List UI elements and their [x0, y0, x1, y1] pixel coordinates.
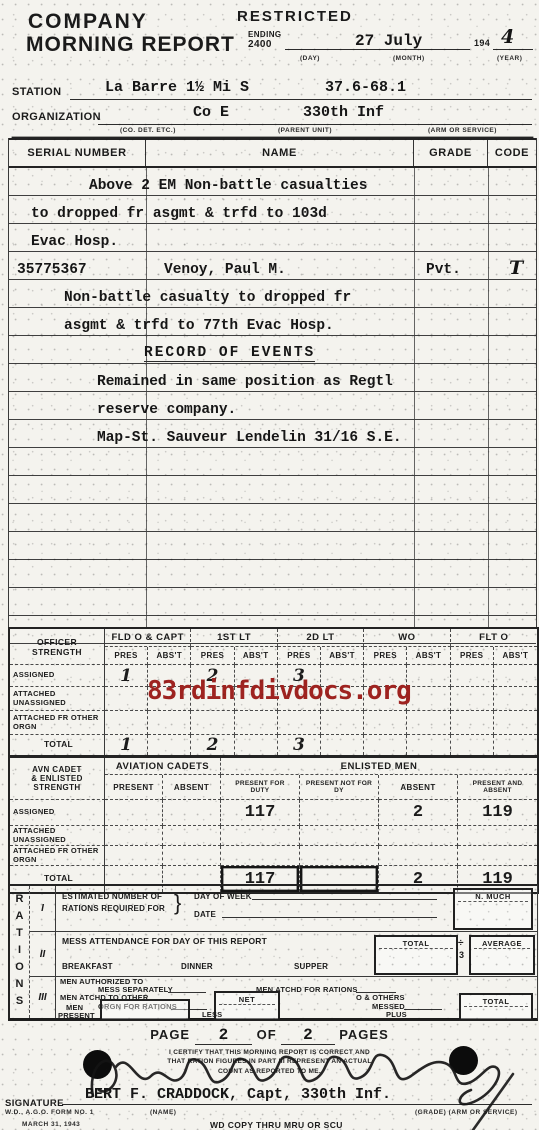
- box-label: AVERAGE: [474, 937, 530, 949]
- row-label-total: TOTAL: [10, 735, 105, 755]
- roster-remark: Evac Hosp.: [31, 234, 118, 250]
- roster-remark: Above 2 EM Non-battle casualties: [89, 178, 367, 194]
- entry-serial-number: 35775367: [17, 262, 87, 278]
- blank: [404, 1002, 442, 1010]
- officer-cell: [407, 687, 450, 711]
- subheader-absent-em: ABSENT: [379, 775, 458, 800]
- enlisted-cell: [163, 826, 221, 846]
- blank-row: [9, 476, 536, 504]
- roster-line: asgmt & trfd to 77th Evac Hosp.: [9, 308, 536, 336]
- corner-label: AVN CADET: [32, 765, 82, 774]
- rations-rail-label: RATIONS: [10, 886, 30, 1018]
- record-of-events-title: RECORD OF EVENTS: [144, 345, 315, 362]
- date-underline: 27 July: [285, 28, 470, 50]
- row-label-attached-fr-other: ATTACHED FR OTHER ORGN: [10, 846, 105, 866]
- net-box: NET: [214, 991, 280, 1021]
- form-title-line1: COMPANY: [28, 10, 148, 34]
- officer-cell: [148, 735, 191, 755]
- officer-cell: [235, 735, 278, 755]
- box-label: N. MUCH: [458, 890, 528, 902]
- section-numeral-3: III: [30, 977, 56, 1018]
- enlisted-cell: [458, 846, 537, 866]
- org-sublabel-arm: (ARM OR SERVICE): [428, 127, 497, 134]
- station-label: STATION: [12, 86, 61, 98]
- rations-section-3: MEN AUTHORIZED TO MESS SEPARATELY MEN AT…: [56, 977, 537, 1018]
- handwritten-signature: [85, 1038, 515, 1113]
- officer-cell: [494, 687, 537, 711]
- subheader-pres: PRES: [105, 647, 148, 665]
- corner-label: STRENGTH: [32, 647, 82, 657]
- year-underline: 4: [493, 26, 533, 50]
- group-header-enlisted-men: ENLISTED MEN: [221, 758, 537, 775]
- corner-label: & ENLISTED: [31, 774, 83, 783]
- ending-label: ENDING: [248, 30, 282, 39]
- blank-row: [9, 504, 536, 532]
- group-header-aviation-cadets: AVIATION CADETS: [105, 758, 221, 775]
- form-title-line2: MORNING REPORT: [26, 33, 235, 57]
- org-sublabel-co: (CO. DET. ETC.): [120, 127, 176, 134]
- form-date: MARCH 31, 1943: [22, 1121, 80, 1128]
- roster-line: to dropped fr asgmt & trfd to 103d: [9, 196, 536, 224]
- officer-cell: [105, 687, 148, 711]
- date-label: DATE: [194, 910, 216, 919]
- men-present-box: [100, 999, 190, 1021]
- blank-row: [9, 532, 536, 560]
- mess-average-box: AVERAGE: [469, 935, 535, 975]
- year-written: 4: [501, 26, 514, 48]
- morning-report-document: COMPANY MORNING REPORT RESTRICTED ENDING…: [0, 0, 539, 1130]
- website-watermark: 83rdinfdivdocs.org: [147, 676, 411, 706]
- enlisted-cell: [300, 800, 379, 826]
- box-label: TOTAL: [464, 995, 528, 1007]
- officer-cell: [407, 711, 450, 735]
- officer-table-corner: OFFICER STRENGTH: [10, 629, 105, 665]
- men-present-label-2: PRESENT: [58, 1011, 95, 1020]
- subheader-abst: ABS'T: [494, 647, 537, 665]
- officer-cell: [407, 735, 450, 755]
- record-of-events-title-row: RECORD OF EVENTS: [9, 336, 536, 364]
- corner-label: STRENGTH: [33, 783, 80, 792]
- roster-remark: asgmt & trfd to 77th Evac Hosp.: [64, 318, 334, 334]
- enlisted-cell: [105, 826, 163, 846]
- officer-cell: [148, 711, 191, 735]
- enlisted-strength-table: AVN CADET & ENLISTED STRENGTH AVIATION C…: [8, 756, 539, 894]
- organization-label: ORGANIZATION: [12, 111, 101, 123]
- station-coords: 37.6-68.1: [325, 79, 406, 96]
- officer-cell: [105, 711, 148, 735]
- divide-glyph: ÷: [458, 938, 464, 949]
- organization-company: Co E: [193, 104, 229, 121]
- enlisted-cell: [221, 846, 300, 866]
- day-sublabel: (DAY): [300, 55, 320, 62]
- organization-parent-unit: 330th Inf: [303, 104, 384, 121]
- group-header: WO: [364, 629, 450, 647]
- officer-cell: [407, 665, 450, 687]
- date-blank: [222, 910, 437, 918]
- estimated-label-2: RATIONS REQUIRED FOR: [62, 904, 165, 913]
- roster-line: Evac Hosp.: [9, 224, 536, 252]
- col-header-code: CODE: [488, 140, 536, 166]
- event-line: reserve company.: [9, 392, 536, 420]
- rations-total-box: TOTAL: [459, 993, 533, 1021]
- section-numeral-1: I: [30, 886, 56, 932]
- blank-row: [9, 588, 536, 616]
- enlisted-cell: [221, 826, 300, 846]
- officer-cell: [451, 711, 494, 735]
- subheader-present-for-duty: PRESENT FOR DUTY: [221, 775, 300, 800]
- entry-code: T: [509, 257, 523, 279]
- o-and-others-label: O & OTHERS: [356, 993, 405, 1002]
- mess-attendance-title: MESS ATTENDANCE FOR DAY OF THIS REPORT: [62, 936, 267, 946]
- roster-header-row: SERIAL NUMBER NAME GRADE CODE: [9, 138, 536, 168]
- officer-cell: [494, 665, 537, 687]
- year-prefix: 194: [474, 38, 490, 48]
- mess-total-box: TOTAL: [374, 935, 458, 975]
- event-text: reserve company.: [97, 402, 236, 418]
- org-sublabel-parent: (PARENT UNIT): [278, 127, 332, 134]
- officer-cell: [321, 711, 364, 735]
- organization-underline: Co E 330th Inf: [98, 101, 532, 125]
- subheader-absent: ABSENT: [163, 775, 221, 800]
- row-label-attached-unassigned: ATTACHED UNASSIGNED: [10, 687, 105, 711]
- enlisted-cell: [300, 826, 379, 846]
- row-label-attached-unassigned: ATTACHED UNASSIGNED: [10, 826, 105, 846]
- officer-cell: [364, 711, 407, 735]
- officer-cell: [278, 711, 321, 735]
- group-header: FLT O: [451, 629, 537, 647]
- subheader-abst: ABS'T: [148, 647, 191, 665]
- entry-name: Venoy, Paul M.: [164, 262, 286, 278]
- breakfast-label: BREAKFAST: [62, 962, 113, 971]
- group-header: 1ST LT: [191, 629, 277, 647]
- form-number: W.D., A.G.O. FORM NO. 1: [5, 1109, 94, 1116]
- officer-total-1stlt-pres: 2: [191, 735, 234, 755]
- enlisted-cell: [163, 846, 221, 866]
- officer-cell: [364, 735, 407, 755]
- station-underline: La Barre 1½ Mi S 37.6-68.1: [70, 76, 532, 100]
- dinner-label: DINNER: [181, 962, 213, 971]
- roster-remark: to dropped fr asgmt & trfd to 103d: [31, 206, 327, 222]
- station-place: La Barre 1½ Mi S: [105, 79, 249, 96]
- subheader-pres: PRES: [364, 647, 407, 665]
- enlisted-assigned-absent: 2: [379, 800, 458, 826]
- roster-remark: Non-battle casualty to dropped fr: [64, 290, 351, 306]
- estimated-label-1: ESTIMATED NUMBER OF: [62, 892, 162, 901]
- no-much-box: N. MUCH: [453, 888, 533, 930]
- blank-row: [9, 560, 536, 588]
- copy-routing-note: WD COPY THRU MRU OR SCU: [210, 1120, 343, 1130]
- date-value: 27 July: [355, 32, 422, 50]
- day-of-week-label: DAY OF WEEK: [194, 892, 252, 901]
- enlisted-cell: [105, 800, 163, 826]
- event-line: Map-St. Sauveur Lendelin 31/16 S.E.: [9, 420, 536, 448]
- group-header: FLD O & CAPT: [105, 629, 191, 647]
- subheader-present-not-for-duty: PRESENT NOT FOR DY: [300, 775, 379, 800]
- less-label: LESS: [202, 1010, 222, 1019]
- officer-cell: [321, 735, 364, 755]
- corner-label: OFFICER: [37, 637, 77, 647]
- row-label-attached-fr-other: ATTACHED FR OTHER ORGN: [10, 711, 105, 735]
- roster-rows: Above 2 EM Non-battle casualties to drop…: [9, 168, 536, 627]
- ending-value: 2400: [248, 39, 272, 50]
- brace-glyph: }: [174, 890, 182, 916]
- col-header-grade: GRADE: [414, 140, 488, 166]
- blank-row: [9, 448, 536, 476]
- roster-entry-row: 35775367 Venoy, Paul M. Pvt. T: [9, 252, 536, 280]
- group-header: 2D LT: [278, 629, 364, 647]
- subheader-pres: PRES: [191, 647, 234, 665]
- enlisted-cell: [105, 846, 163, 866]
- row-label-assigned: ASSIGNED: [10, 665, 105, 687]
- event-text: Remained in same position as Regtl: [97, 374, 393, 390]
- roster-line: Non-battle casualty to dropped fr: [9, 280, 536, 308]
- officer-cell: [451, 687, 494, 711]
- pen-stroke: [455, 1072, 525, 1130]
- subheader-abst: ABS'T: [235, 647, 278, 665]
- entry-grade: Pvt.: [426, 262, 461, 278]
- blank: [168, 985, 206, 993]
- subheader-present: PRESENT: [105, 775, 163, 800]
- classification-banner: RESTRICTED: [237, 8, 353, 25]
- subheader-pres: PRES: [451, 647, 494, 665]
- enlisted-assigned-present-and-absent: 119: [458, 800, 537, 826]
- day-of-week-blank: [252, 892, 437, 900]
- signature-label: SIGNATURE: [5, 1098, 64, 1109]
- col-header-serial: SERIAL NUMBER: [9, 140, 146, 166]
- subheader-abst: ABS'T: [407, 647, 450, 665]
- year-sublabel: (YEAR): [497, 55, 522, 62]
- enlisted-assigned-present-for-duty: 117: [221, 800, 300, 826]
- officer-total-fldo-pres: 1: [105, 735, 148, 755]
- box-label: TOTAL: [379, 937, 453, 949]
- enlisted-cell: [300, 846, 379, 866]
- enlisted-cell: [458, 826, 537, 846]
- subheader-present-and-absent: PRESENT AND ABSENT: [458, 775, 537, 800]
- supper-label: SUPPER: [294, 962, 328, 971]
- officer-cell: [451, 665, 494, 687]
- enlisted-cell: [379, 826, 458, 846]
- officer-cell: [235, 711, 278, 735]
- rations-section-2: MESS ATTENDANCE FOR DAY OF THIS REPORT B…: [56, 932, 537, 977]
- divisor: 3: [459, 950, 464, 960]
- rations-section: RATIONS I ESTIMATED NUMBER OF RATIONS RE…: [8, 884, 538, 1021]
- officer-cell: [451, 735, 494, 755]
- roster-line: Above 2 EM Non-battle casualties: [9, 168, 536, 196]
- officer-cell: [191, 711, 234, 735]
- section-numeral-2: II: [30, 932, 56, 977]
- enlisted-table-corner: AVN CADET & ENLISTED STRENGTH: [10, 758, 105, 800]
- enlisted-cell: [379, 846, 458, 866]
- roster-table: SERIAL NUMBER NAME GRADE CODE Above 2 EM…: [8, 138, 537, 627]
- officer-cell: [494, 711, 537, 735]
- col-header-name: NAME: [146, 140, 414, 166]
- row-label-assigned: ASSIGNED: [10, 800, 105, 826]
- box-label: NET: [219, 993, 275, 1005]
- blank: [356, 985, 396, 993]
- officer-cell: [494, 735, 537, 755]
- event-text: Map-St. Sauveur Lendelin 31/16 S.E.: [97, 430, 402, 446]
- month-sublabel: (MONTH): [393, 55, 425, 62]
- officer-total-2dlt-pres: 3: [278, 735, 321, 755]
- subheader-pres: PRES: [278, 647, 321, 665]
- subheader-abst: ABS'T: [321, 647, 364, 665]
- plus-label: PLUS: [386, 1010, 407, 1019]
- rations-section-1: ESTIMATED NUMBER OF RATIONS REQUIRED FOR…: [56, 886, 537, 932]
- officer-assigned-fldo-pres: 1: [105, 665, 148, 687]
- event-line: Remained in same position as Regtl: [9, 364, 536, 392]
- enlisted-cell: [163, 800, 221, 826]
